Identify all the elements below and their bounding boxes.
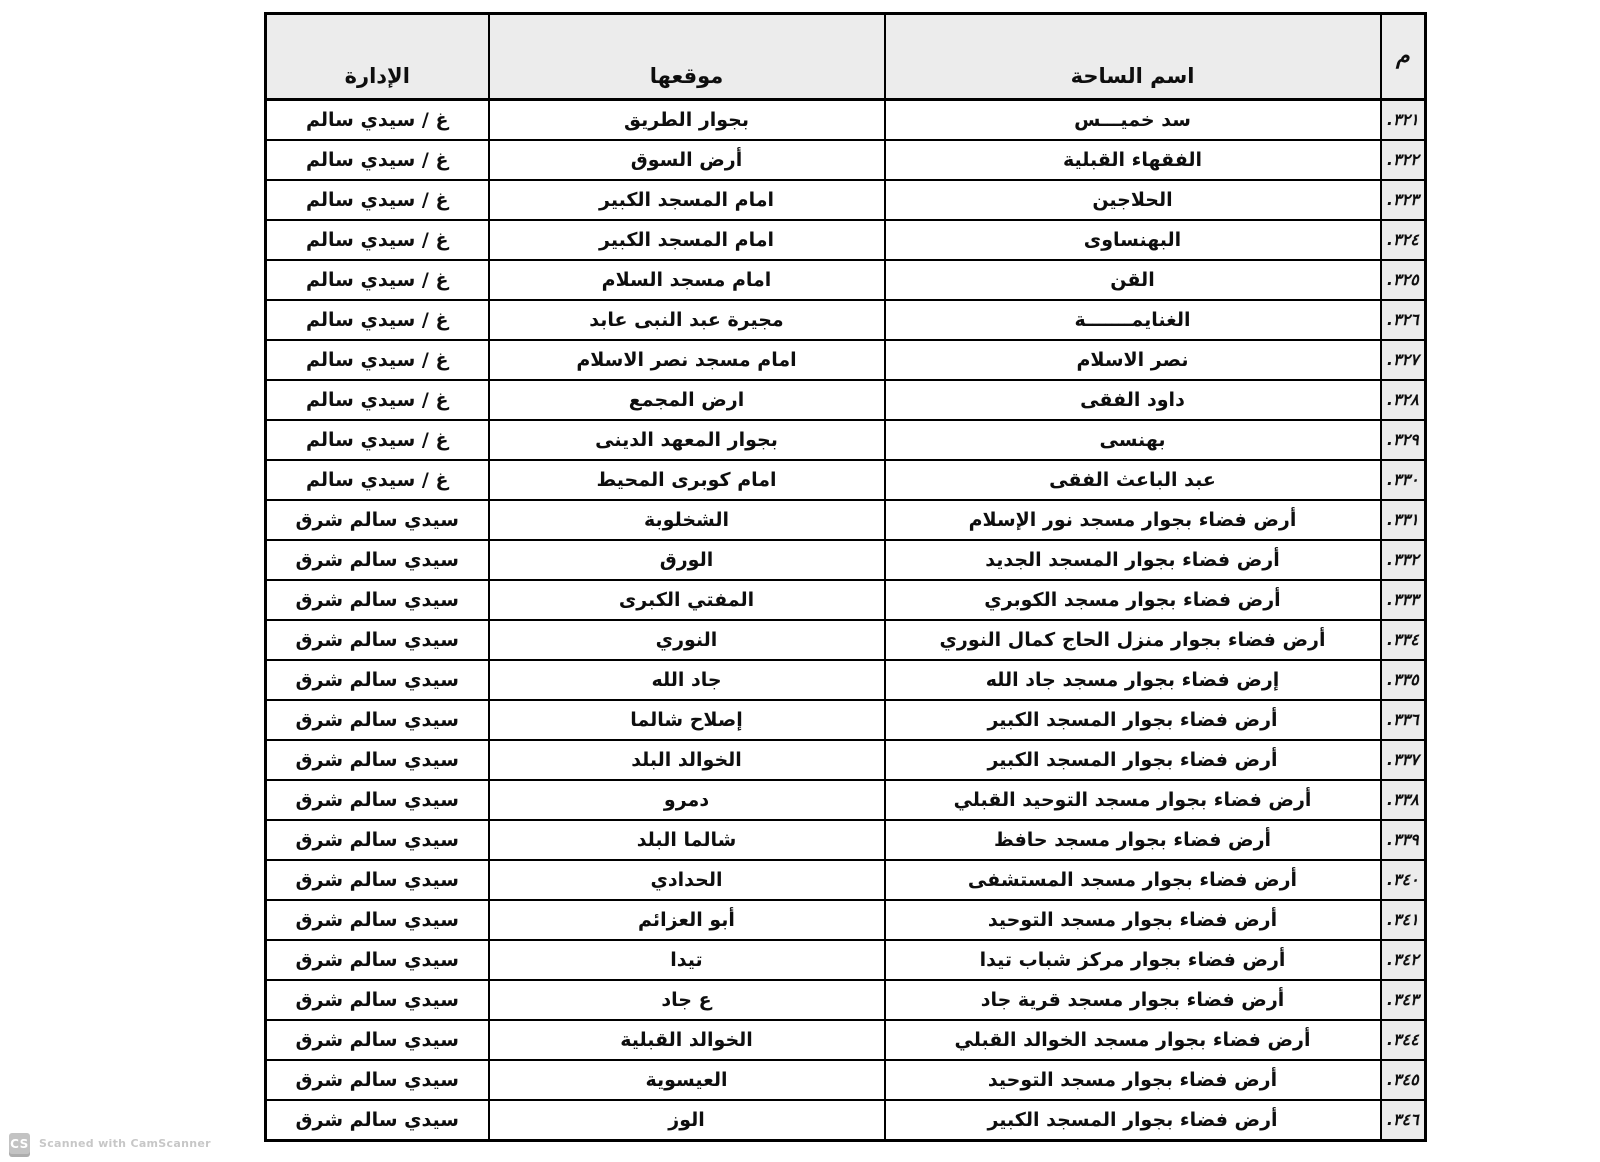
location-cell: امام مسجد السلام [489,260,885,300]
location-cell: امام مسجد نصر الاسلام [489,340,885,380]
table-row: ٣٢٧.نصر الاسلامامام مسجد نصر الاسلامغ / … [266,340,1426,380]
admin-cell: سيدي سالم شرق [266,900,489,940]
admin-cell: غ / سيدي سالم [266,100,489,141]
table-row: ٣٣٧.أرض فضاء بجوار المسجد الكبيرالخوالد … [266,740,1426,780]
square-name-cell: أرض فضاء بجوار منزل الحاج كمال النوري [885,620,1381,660]
location-cell: بجوار المعهد الدينى [489,420,885,460]
table-row: ٣٤٥.أرض فضاء بجوار مسجد التوحيدالعيسويةس… [266,1060,1426,1100]
admin-cell: سيدي سالم شرق [266,620,489,660]
table-row: ٣٢٥.القنامام مسجد السلامغ / سيدي سالم [266,260,1426,300]
table-row: ٣٤٣.أرض فضاء بجوار مسجد قرية جادع جادسيد… [266,980,1426,1020]
squares-table: م اسم الساحة موقعها الإدارة ٣٢١.سد خميــ… [264,12,1427,1142]
row-number-cell: ٣٢٧. [1381,340,1426,380]
location-cell: شالما البلد [489,820,885,860]
admin-cell: سيدي سالم شرق [266,540,489,580]
location-cell: أبو العزائم [489,900,885,940]
location-cell: أرض السوق [489,140,885,180]
admin-cell: سيدي سالم شرق [266,500,489,540]
table-row: ٣٤٠.أرض فضاء بجوار مسجد المستشفىالحداديس… [266,860,1426,900]
location-cell: الخوالد البلد [489,740,885,780]
table-row: ٣٢٦.الغنايمـــــــةمجيرة عبد النبى عابدغ… [266,300,1426,340]
admin-cell: سيدي سالم شرق [266,820,489,860]
admin-cell: سيدي سالم شرق [266,660,489,700]
admin-cell: سيدي سالم شرق [266,780,489,820]
table-row: ٣٤٢.أرض فضاء بجوار مركز شباب تيداتيداسيد… [266,940,1426,980]
square-name-cell: الحلاجين [885,180,1381,220]
square-name-cell: إرض فضاء بجوار مسجد جاد الله [885,660,1381,700]
table-row: ٣٣٤.أرض فضاء بجوار منزل الحاج كمال النور… [266,620,1426,660]
table-row: ٣٣٠.عبد الباعث الفقىامام كوبرى المحيطغ /… [266,460,1426,500]
location-cell: المفتي الكبرى [489,580,885,620]
row-number-cell: ٣٢٩. [1381,420,1426,460]
row-number-cell: ٣٤٢. [1381,940,1426,980]
row-number-cell: ٣٣٩. [1381,820,1426,860]
admin-cell: غ / سيدي سالم [266,460,489,500]
row-number-cell: ٣٢١. [1381,100,1426,141]
square-name-cell: بهنسى [885,420,1381,460]
square-name-cell: داود الفقى [885,380,1381,420]
row-number-cell: ٣٣١. [1381,500,1426,540]
admin-cell: سيدي سالم شرق [266,580,489,620]
location-cell: دمرو [489,780,885,820]
square-name-cell: الغنايمـــــــة [885,300,1381,340]
location-cell: امام المسجد الكبير [489,220,885,260]
table-row: ٣٣٨.أرض فضاء بجوار مسجد التوحيد القبليدم… [266,780,1426,820]
square-name-cell: أرض فضاء بجوار المسجد الكبير [885,700,1381,740]
row-number-cell: ٣٤٠. [1381,860,1426,900]
row-number-cell: ٣٢٢. [1381,140,1426,180]
location-cell: امام كوبرى المحيط [489,460,885,500]
admin-cell: سيدي سالم شرق [266,860,489,900]
table-row: ٣٤٦.أرض فضاء بجوار المسجد الكبيرالوزسيدي… [266,1100,1426,1141]
square-name-cell: أرض فضاء بجوار المسجد الكبير [885,1100,1381,1141]
row-number-cell: ٣٤١. [1381,900,1426,940]
row-number-cell: ٣٣٠. [1381,460,1426,500]
col-header-number: م [1381,14,1426,100]
table-row: ٣٢٢.الفقهاء القبليةأرض السوقغ / سيدي سال… [266,140,1426,180]
square-name-cell: أرض فضاء بجوار مركز شباب تيدا [885,940,1381,980]
location-cell: بجوار الطريق [489,100,885,141]
row-number-cell: ٣٢٥. [1381,260,1426,300]
square-name-cell: أرض فضاء بجوار مسجد التوحيد [885,900,1381,940]
table-row: ٣٢٣.الحلاجينامام المسجد الكبيرغ / سيدي س… [266,180,1426,220]
location-cell: الشخلوبة [489,500,885,540]
square-name-cell: القن [885,260,1381,300]
table-row: ٣٤١.أرض فضاء بجوار مسجد التوحيدأبو العزا… [266,900,1426,940]
admin-cell: غ / سيدي سالم [266,340,489,380]
admin-cell: سيدي سالم شرق [266,980,489,1020]
admin-cell: غ / سيدي سالم [266,300,489,340]
location-cell: إصلاح شالما [489,700,885,740]
square-name-cell: أرض فضاء بجوار مسجد حافظ [885,820,1381,860]
camscanner-logo-icon: CS [9,1133,30,1154]
admin-cell: غ / سيدي سالم [266,140,489,180]
table-row: ٣٣٩.أرض فضاء بجوار مسجد حافظشالما البلدس… [266,820,1426,860]
table-row: ٣٢٩.بهنسىبجوار المعهد الدينىغ / سيدي سال… [266,420,1426,460]
scanned-document-page: م اسم الساحة موقعها الإدارة ٣٢١.سد خميــ… [0,0,1600,1162]
row-number-cell: ٣٣٢. [1381,540,1426,580]
square-name-cell: الفقهاء القبلية [885,140,1381,180]
row-number-cell: ٣٣٦. [1381,700,1426,740]
location-cell: الخوالد القبلية [489,1020,885,1060]
row-number-cell: ٣٣٥. [1381,660,1426,700]
admin-cell: غ / سيدي سالم [266,260,489,300]
square-name-cell: أرض فضاء بجوار مسجد الكوبري [885,580,1381,620]
location-cell: ع جاد [489,980,885,1020]
square-name-cell: أرض فضاء بجوار مسجد نور الإسلام [885,500,1381,540]
camscanner-watermark: CS Scanned with CamScanner [9,1133,211,1154]
location-cell: النوري [489,620,885,660]
location-cell: العيسوية [489,1060,885,1100]
table-row: ٣٣١.أرض فضاء بجوار مسجد نور الإسلامالشخل… [266,500,1426,540]
row-number-cell: ٣٤٦. [1381,1100,1426,1141]
table-row: ٣٣٢.أرض فضاء بجوار المسجد الجديدالورقسيد… [266,540,1426,580]
col-header-location: موقعها [489,14,885,100]
col-header-square-name: اسم الساحة [885,14,1381,100]
row-number-cell: ٣٤٥. [1381,1060,1426,1100]
table-row: ٣٣٥.إرض فضاء بجوار مسجد جاد اللهجاد الله… [266,660,1426,700]
square-name-cell: أرض فضاء بجوار مسجد التوحيد القبلي [885,780,1381,820]
col-header-admin: الإدارة [266,14,489,100]
row-number-cell: ٣٢٣. [1381,180,1426,220]
location-cell: مجيرة عبد النبى عابد [489,300,885,340]
table-row: ٣٣٦.أرض فضاء بجوار المسجد الكبيرإصلاح شا… [266,700,1426,740]
table-row: ٣٢٤.البهنساوىامام المسجد الكبيرغ / سيدي … [266,220,1426,260]
camscanner-logo-text: CS [10,1137,29,1151]
row-number-cell: ٣٣٧. [1381,740,1426,780]
admin-cell: غ / سيدي سالم [266,420,489,460]
row-number-cell: ٣٣٨. [1381,780,1426,820]
admin-cell: غ / سيدي سالم [266,180,489,220]
square-name-cell: أرض فضاء بجوار مسجد قرية جاد [885,980,1381,1020]
location-cell: ارض المجمع [489,380,885,420]
square-name-cell: أرض فضاء بجوار مسجد المستشفى [885,860,1381,900]
admin-cell: سيدي سالم شرق [266,1020,489,1060]
square-name-cell: عبد الباعث الفقى [885,460,1381,500]
square-name-cell: أرض فضاء بجوار مسجد التوحيد [885,1060,1381,1100]
square-name-cell: نصر الاسلام [885,340,1381,380]
admin-cell: سيدي سالم شرق [266,940,489,980]
location-cell: جاد الله [489,660,885,700]
table-row: ٣٢٨.داود الفقىارض المجمعغ / سيدي سالم [266,380,1426,420]
admin-cell: غ / سيدي سالم [266,220,489,260]
location-cell: الورق [489,540,885,580]
location-cell: امام المسجد الكبير [489,180,885,220]
admin-cell: سيدي سالم شرق [266,1060,489,1100]
square-name-cell: أرض فضاء بجوار المسجد الكبير [885,740,1381,780]
admin-cell: سيدي سالم شرق [266,1100,489,1141]
row-number-cell: ٣٢٨. [1381,380,1426,420]
row-number-cell: ٣٢٦. [1381,300,1426,340]
row-number-cell: ٣٤٣. [1381,980,1426,1020]
row-number-cell: ٣٣٤. [1381,620,1426,660]
watermark-text: Scanned with CamScanner [39,1137,211,1150]
location-cell: الحدادي [489,860,885,900]
location-cell: الوز [489,1100,885,1141]
square-name-cell: أرض فضاء بجوار المسجد الجديد [885,540,1381,580]
square-name-cell: سد خميـــس [885,100,1381,141]
admin-cell: سيدي سالم شرق [266,700,489,740]
row-number-cell: ٣٢٤. [1381,220,1426,260]
table-row: ٣٣٣.أرض فضاء بجوار مسجد الكوبريالمفتي ال… [266,580,1426,620]
admin-cell: سيدي سالم شرق [266,740,489,780]
square-name-cell: البهنساوى [885,220,1381,260]
location-cell: تيدا [489,940,885,980]
header-row: م اسم الساحة موقعها الإدارة [266,14,1426,100]
row-number-cell: ٣٣٣. [1381,580,1426,620]
table-row: ٣٢١.سد خميـــسبجوار الطريقغ / سيدي سالم [266,100,1426,141]
square-name-cell: أرض فضاء بجوار مسجد الخوالد القبلي [885,1020,1381,1060]
row-number-cell: ٣٤٤. [1381,1020,1426,1060]
table-row: ٣٤٤.أرض فضاء بجوار مسجد الخوالد القبليال… [266,1020,1426,1060]
admin-cell: غ / سيدي سالم [266,380,489,420]
